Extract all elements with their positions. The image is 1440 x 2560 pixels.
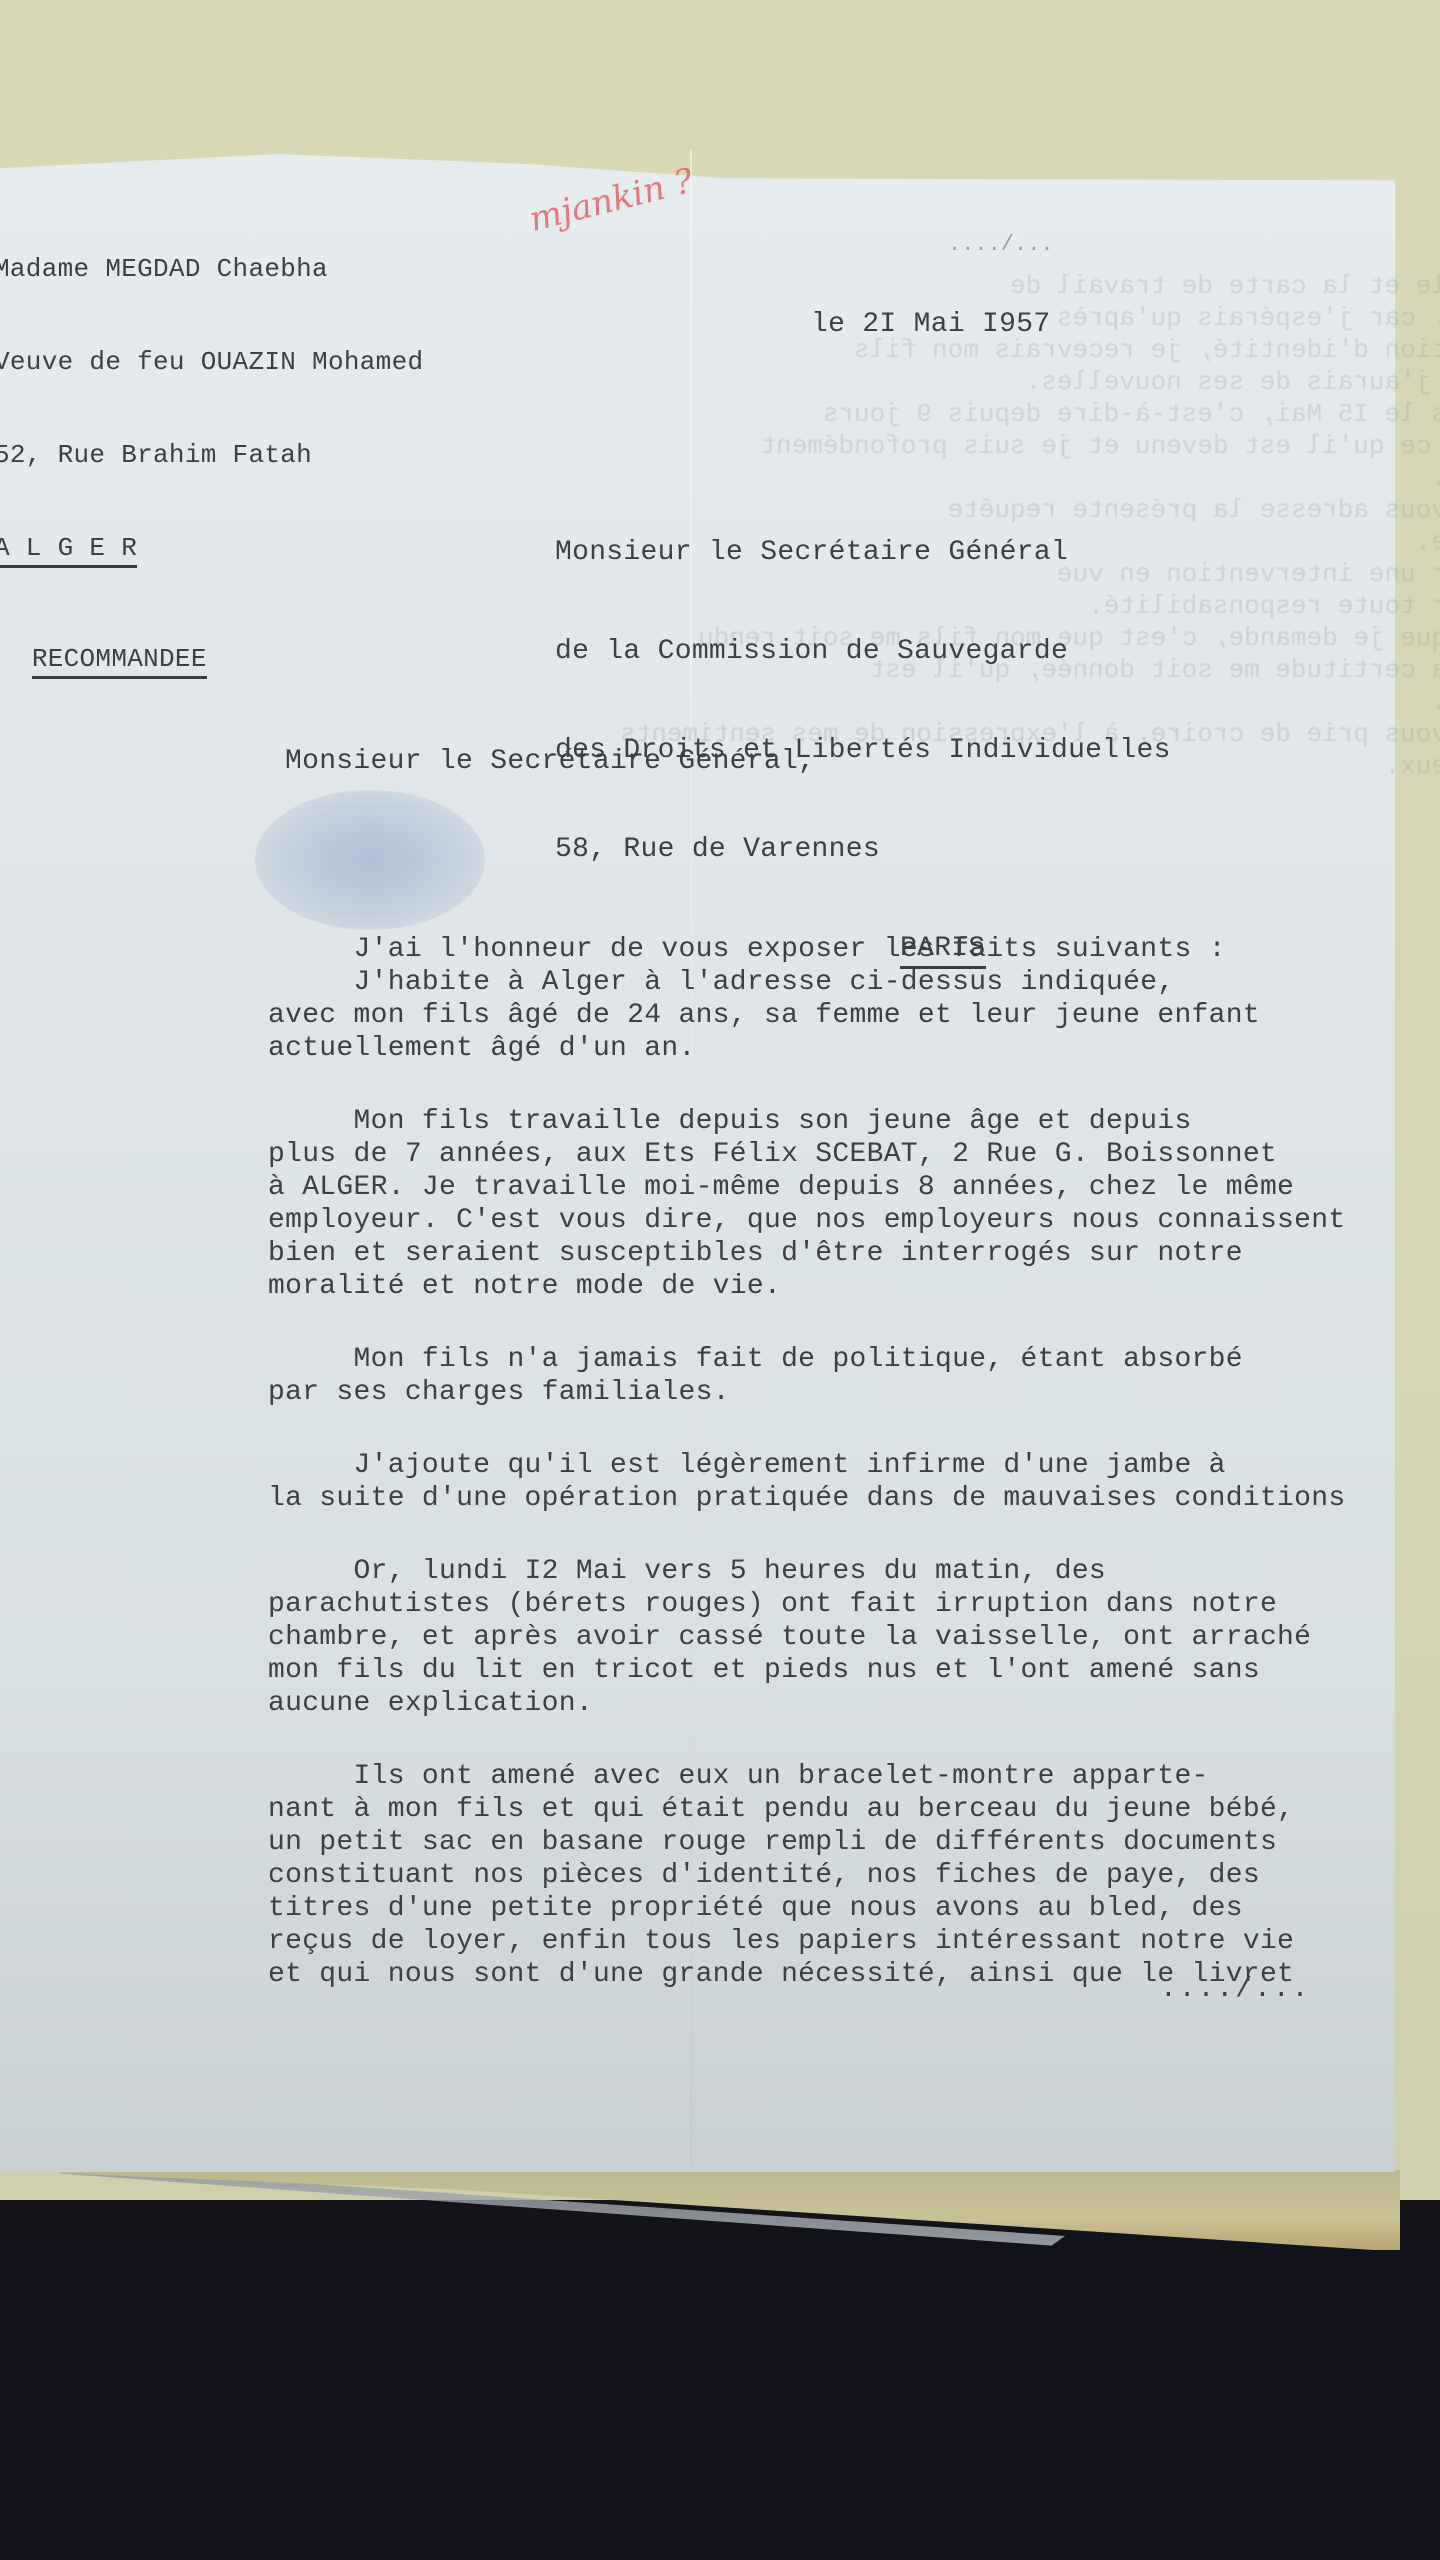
body-line: avec mon fils âgé de 24 ans, sa femme et… — [268, 999, 1398, 1032]
body-line: parachutistes (bérets rouges) ont fait i… — [268, 1588, 1398, 1621]
body-line: un petit sac en basane rouge rempli de d… — [268, 1826, 1398, 1859]
paragraph: Or, lundi I2 Mai vers 5 heures du matin,… — [268, 1555, 1398, 1720]
paragraph: Mon fils n'a jamais fait de politique, é… — [268, 1343, 1398, 1409]
body-line: bien et seraient susceptibles d'être int… — [268, 1237, 1398, 1270]
ink-stain — [255, 790, 485, 930]
paragraph: Ils ont amené avec eux un bracelet-montr… — [268, 1760, 1398, 1991]
body-line: reçus de loyer, enfin tous les papiers i… — [268, 1925, 1398, 1958]
mail-type: RECOMMANDEE — [32, 644, 207, 679]
sender-line-widow: Veuve de feu OUAZIN Mohamed — [0, 349, 423, 376]
body-line: Mon fils travaille depuis son jeune âge … — [268, 1105, 1398, 1138]
sender-line-name: Madame MEGDAD Chaebha — [0, 256, 423, 283]
bleed-line: Or depuis le I5 Mai, c'est-à-dire depuis… — [620, 398, 1440, 430]
dark-table-surface — [0, 2230, 1440, 2560]
recipient-line-commission: de la Commission de Sauvegarde — [555, 635, 1171, 668]
continuation-marker: ..../... — [1160, 1974, 1310, 2005]
body-line: mon fils du lit en tricot et pieds nus e… — [268, 1654, 1398, 1687]
body-line: constituant nos pièces d'identité, nos f… — [268, 1859, 1398, 1892]
body-line: actuellement âgé d'un an. — [268, 1032, 1398, 1065]
bleed-line: sais pas ce qu'il est devenu et je suis … — [620, 430, 1440, 462]
letter-body: J'ai l'honneur de vous exposer les faits… — [268, 933, 1398, 2031]
paragraph: J'ajoute qu'il est légèrement infirme d'… — [268, 1449, 1398, 1515]
body-line: moralité et notre mode de vie. — [268, 1270, 1398, 1303]
body-line: employeur. C'est vous dire, que nos empl… — [268, 1204, 1398, 1237]
body-line: titres d'une petite propriété que nous a… — [268, 1892, 1398, 1925]
top-page-marker: ..../... — [948, 232, 1054, 257]
body-line: chambre, et après avoir cassé toute la v… — [268, 1621, 1398, 1654]
sender-block: Madame MEGDAD Chaebha Veuve de feu OUAZI… — [0, 190, 423, 595]
body-line: aucune explication. — [268, 1687, 1398, 1720]
body-line: J'ajoute qu'il est légèrement infirme d'… — [268, 1449, 1398, 1482]
body-line: par ses charges familiales. — [268, 1376, 1398, 1409]
letter-date: le 2I Mai I957 — [811, 308, 1050, 341]
body-line: Ils ont amené avec eux un bracelet-montr… — [268, 1760, 1398, 1793]
body-line: J'habite à Alger à l'adresse ci-dessus i… — [268, 966, 1398, 999]
recipient-line-title: Monsieur le Secrétaire Général — [555, 536, 1171, 569]
registered-mail-label: RECOMMANDEE — [0, 610, 207, 676]
sender-line-city: A L G E R — [0, 533, 137, 568]
body-line: à ALGER. Je travaille moi-même depuis 8 … — [268, 1171, 1398, 1204]
recipient-line-street: 58, Rue de Varennes — [555, 833, 1171, 866]
body-line: la suite d'une opération pratiquée dans … — [268, 1482, 1398, 1515]
sender-line-street: 52, Rue Brahim Fatah — [0, 442, 423, 469]
salutation: Monsieur le Secrétaire Général, — [285, 745, 815, 778]
body-line: Mon fils n'a jamais fait de politique, é… — [268, 1343, 1398, 1376]
body-line: plus de 7 années, aux Ets Félix SCEBAT, … — [268, 1138, 1398, 1171]
bleed-line: les cas, j'aurais de ses nouvelles. — [620, 366, 1440, 398]
bleed-line: de famille et la carte de travail de — [620, 270, 1440, 302]
body-line: nant à mon fils et qui était pendu au be… — [268, 1793, 1398, 1826]
body-line: J'ai l'honneur de vous exposer les faits… — [268, 933, 1398, 966]
paragraph: Mon fils travaille depuis son jeune âge … — [268, 1105, 1398, 1303]
body-line: Or, lundi I2 Mai vers 5 heures du matin,… — [268, 1555, 1398, 1588]
recipient-block: Monsieur le Secrétaire Général de la Com… — [555, 470, 1171, 998]
paragraph: J'ai l'honneur de vous exposer les faits… — [268, 933, 1398, 1065]
